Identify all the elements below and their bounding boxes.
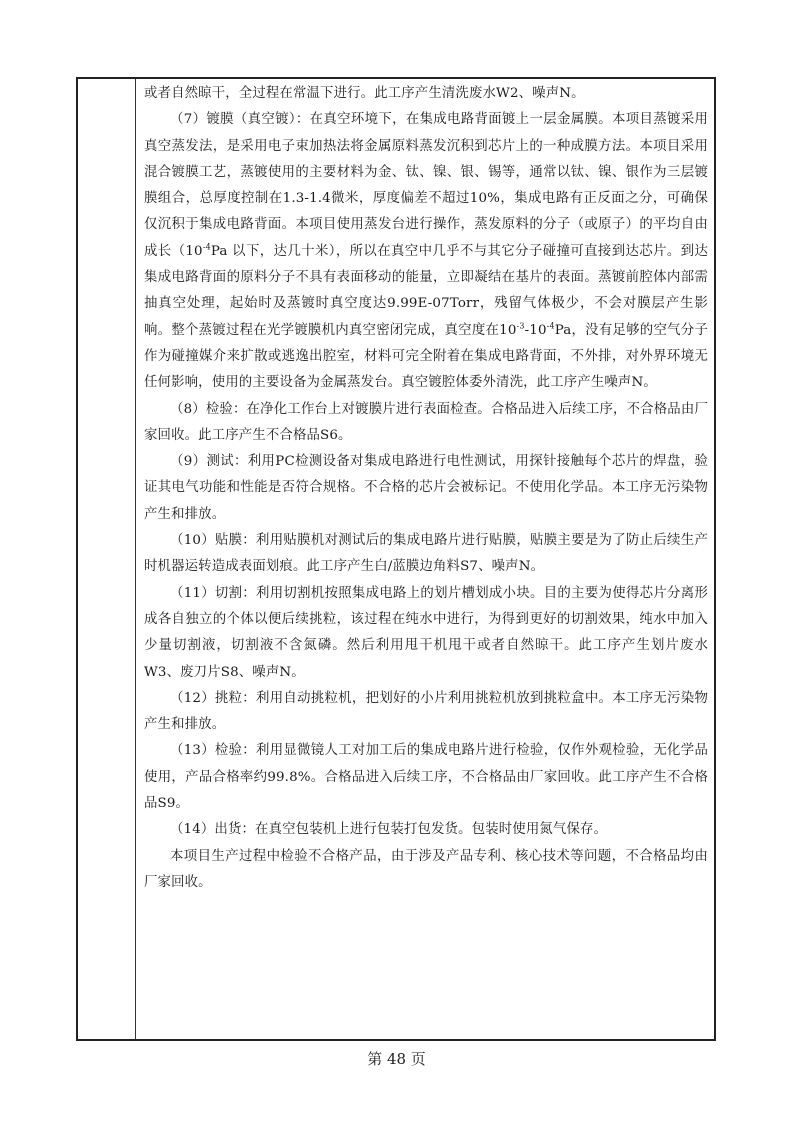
- paragraph-step-13-inspection: （13）检验：利用显微镜人工对加工后的集成电路片进行检验，仅作外观检验，无化学品…: [144, 738, 708, 817]
- table-label-column: [78, 79, 136, 1039]
- paragraph-step-7-coating: （7）镀膜（真空镀）：在真空环境下，在集成电路背面镀上一层金属膜。本项目蒸镀采用…: [144, 107, 708, 396]
- paragraph-step-10-film: （10）贴膜：利用贴膜机对测试后的集成电路片进行贴膜，贴膜主要是为了防止后续生产…: [144, 528, 708, 581]
- paragraph-step-11-dicing: （11）切割：利用切割机按照集成电路上的划片槽划成小块。目的主要为使得芯片分离形…: [144, 581, 708, 686]
- paragraph-step-8-inspection: （8）检验：在净化工作台上对镀膜片进行表面检查。合格品进入后续工序，不合格品由厂…: [144, 397, 708, 450]
- paragraph-continuation: 或者自然晾干，全过程在常温下进行。此工序产生清洗废水W2、噪声N。: [144, 81, 708, 107]
- paragraph-summary: 本项目生产过程中检验不合格产品，由于涉及产品专利、核心技术等问题，不合格品均由厂…: [144, 844, 708, 897]
- paragraph-step-9-testing: （9）测试：利用PC检测设备对集成电路进行电性测试，用探针接触每个芯片的焊盘，验…: [144, 449, 708, 528]
- paragraph-step-14-shipping: （14）出货：在真空包装机上进行包装打包发货。包装时使用氮气保存。: [144, 817, 708, 843]
- paragraph-step-12-picking: （12）挑粒：利用自动挑粒机，把划好的小片利用挑粒机放到挑粒盒中。本工序无污染物…: [144, 686, 708, 739]
- page-number: 第 48 页: [0, 1048, 793, 1069]
- document-table: 或者自然晾干，全过程在常温下进行。此工序产生清洗废水W2、噪声N。 （7）镀膜（…: [76, 77, 716, 1041]
- table-content-cell: 或者自然晾干，全过程在常温下进行。此工序产生清洗废水W2、噪声N。 （7）镀膜（…: [144, 81, 708, 896]
